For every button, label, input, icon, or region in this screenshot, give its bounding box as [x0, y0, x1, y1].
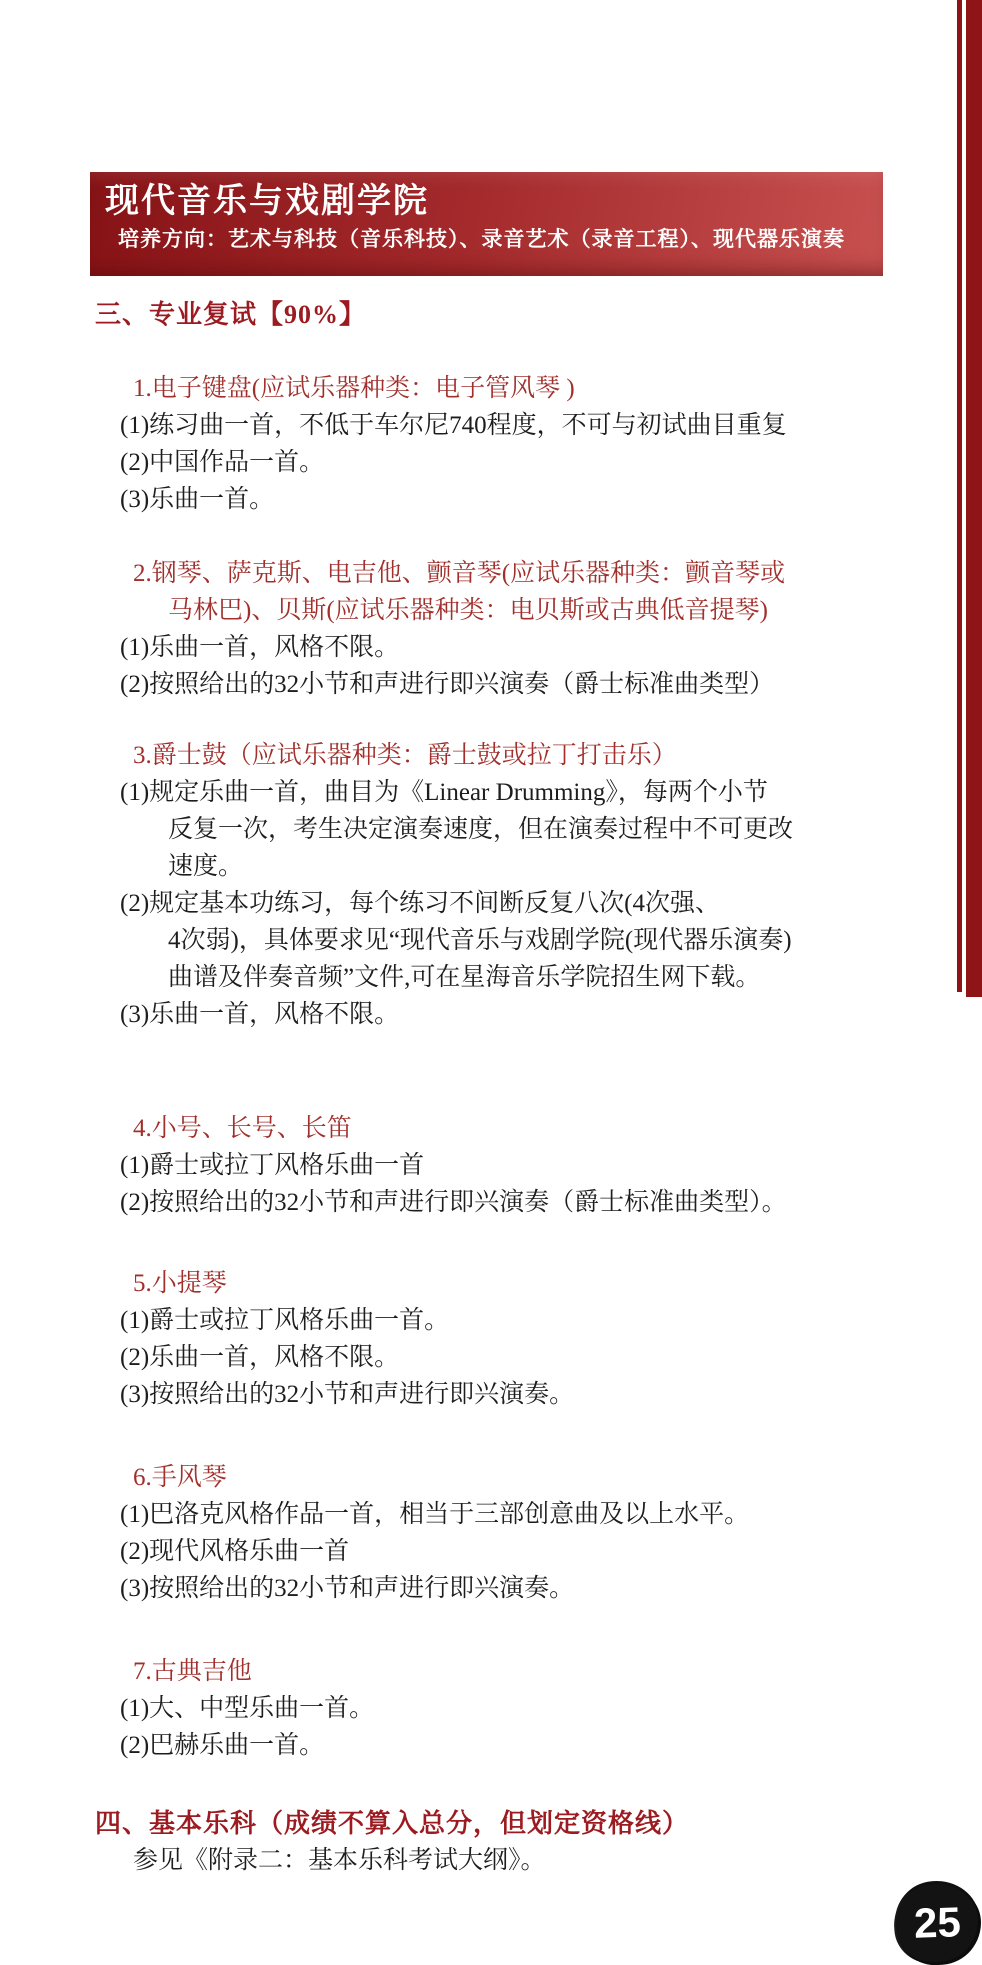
instrument-heading-line: 6.手风琴 [133, 1459, 960, 1496]
document-body: 三、专业复试【90%】 1.电子键盘(应试乐器种类：电子管风琴 )(1)练习曲一… [0, 296, 960, 1879]
requirement-line: (2)按照给出的32小节和声进行即兴演奏（爵士标准曲类型） [120, 666, 960, 703]
page-number: 25 [913, 1898, 961, 1948]
exam-groups: 1.电子键盘(应试乐器种类：电子管风琴 )(1)练习曲一首，不低于车尔尼740程… [0, 370, 960, 1764]
instrument-group: 1.电子键盘(应试乐器种类：电子管风琴 )(1)练习曲一首，不低于车尔尼740程… [0, 370, 960, 518]
instrument-heading-line: 4.小号、长号、长笛 [133, 1110, 960, 1147]
requirement-line: (2)中国作品一首。 [120, 444, 960, 481]
requirement-line: (1)巴洛克风格作品一首，相当于三部创意曲及以上水平。 [120, 1496, 960, 1533]
requirement-line: (1)乐曲一首，风格不限。 [120, 629, 960, 666]
section-heading-professional-retest: 三、专业复试【90%】 [95, 296, 960, 333]
section-heading-basic-music-theory: 四、基本乐科（成绩不算入总分，但划定资格线） [95, 1805, 960, 1842]
requirement-line: (1)规定乐曲一首，曲目为《Linear Drumming》，每两个小节 [120, 774, 960, 811]
requirement-line: 速度。 [168, 848, 960, 885]
header-banner: 现代音乐与戏剧学院 培养方向：艺术与科技（音乐科技）、录音艺术（录音工程）、现代… [90, 172, 883, 276]
requirement-line: (1)大、中型乐曲一首。 [120, 1690, 960, 1727]
requirement-line: (1)爵士或拉丁风格乐曲一首。 [120, 1302, 960, 1339]
requirement-line: (3)按照给出的32小节和声进行即兴演奏。 [120, 1570, 960, 1607]
requirement-line: (1)练习曲一首，不低于车尔尼740程度，不可与初试曲目重复 [120, 407, 960, 444]
requirement-line: 曲谱及伴奏音频”文件,可在星海音乐学院招生网下载。 [168, 959, 960, 996]
school-title: 现代音乐与戏剧学院 [90, 172, 883, 219]
instrument-group: 5.小提琴(1)爵士或拉丁风格乐曲一首。(2)乐曲一首，风格不限。(3)按照给出… [0, 1265, 960, 1413]
basic-music-theory-note: 参见《附录二：基本乐科考试大纲》。 [133, 1842, 960, 1879]
instrument-group: 4.小号、长号、长笛(1)爵士或拉丁风格乐曲一首(2)按照给出的32小节和声进行… [0, 1110, 960, 1221]
instrument-heading-line: 7.古典吉他 [133, 1653, 960, 1690]
instrument-heading-line: 2.钢琴、萨克斯、电吉他、颤音琴(应试乐器种类：颤音琴或 [133, 555, 960, 592]
requirement-line: (2)巴赫乐曲一首。 [120, 1727, 960, 1764]
instrument-heading-line: 1.电子键盘(应试乐器种类：电子管风琴 ) [133, 370, 960, 407]
instrument-heading-line: 5.小提琴 [133, 1265, 960, 1302]
instrument-group: 6.手风琴(1)巴洛克风格作品一首，相当于三部创意曲及以上水平。(2)现代风格乐… [0, 1459, 960, 1607]
document-page: 现代音乐与戏剧学院 培养方向：艺术与科技（音乐科技）、录音艺术（录音工程）、现代… [0, 0, 982, 1965]
page-number-badge: 25 [893, 1881, 980, 1965]
requirement-line: (2)现代风格乐曲一首 [120, 1533, 960, 1570]
instrument-group: 2.钢琴、萨克斯、电吉他、颤音琴(应试乐器种类：颤音琴或马林巴)、贝斯(应试乐器… [0, 555, 960, 703]
instrument-group: 3.爵士鼓（应试乐器种类：爵士鼓或拉丁打击乐）(1)规定乐曲一首，曲目为《Lin… [0, 737, 960, 1033]
instrument-heading-line: 3.爵士鼓（应试乐器种类：爵士鼓或拉丁打击乐） [133, 737, 960, 774]
requirement-line: (3)按照给出的32小节和声进行即兴演奏。 [120, 1376, 960, 1413]
right-edge-stripe-wide [966, 0, 982, 997]
training-directions-subtitle: 培养方向：艺术与科技（音乐科技）、录音艺术（录音工程）、现代器乐演奏 [90, 219, 883, 250]
requirement-line: (3)乐曲一首，风格不限。 [120, 996, 960, 1033]
instrument-group: 7.古典吉他(1)大、中型乐曲一首。(2)巴赫乐曲一首。 [0, 1653, 960, 1764]
requirement-line: 反复一次，考生决定演奏速度，但在演奏过程中不可更改 [168, 811, 960, 848]
requirement-line: (2)按照给出的32小节和声进行即兴演奏（爵士标准曲类型）。 [120, 1184, 960, 1221]
requirement-line: (3)乐曲一首。 [120, 481, 960, 518]
requirement-line: 4次弱)，具体要求见“现代音乐与戏剧学院(现代器乐演奏) [168, 922, 960, 959]
requirement-line: (1)爵士或拉丁风格乐曲一首 [120, 1147, 960, 1184]
instrument-heading-line: 马林巴)、贝斯(应试乐器种类：电贝斯或古典低音提琴) [168, 592, 960, 629]
requirement-line: (2)规定基本功练习，每个练习不间断反复八次(4次强、 [120, 885, 960, 922]
requirement-line: (2)乐曲一首，风格不限。 [120, 1339, 960, 1376]
